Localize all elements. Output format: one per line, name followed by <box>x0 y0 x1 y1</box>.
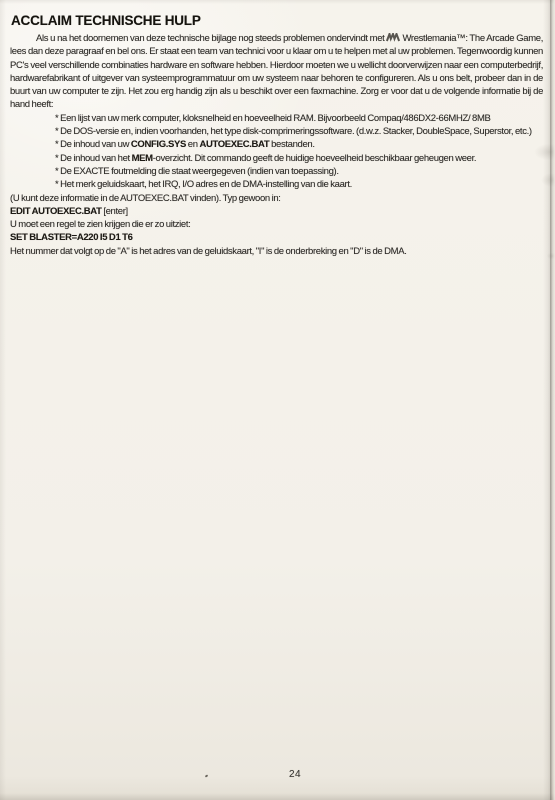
bullet-text-bold: MEM <box>132 153 153 164</box>
intro-text: Als u na het doornemen van deze technisc… <box>36 33 384 44</box>
bullet-list: * Een lijst van uw merk computer, kloksn… <box>10 112 543 192</box>
page-number: 24 <box>289 769 301 780</box>
intro-line: buurt van uw computer te zijn. Het zou e… <box>10 85 543 98</box>
bullet-text: en <box>186 139 199 150</box>
wwf-logo-icon <box>386 32 400 45</box>
bullet-item: * Het merk geluidskaart, het IRQ, I/O ad… <box>55 178 543 191</box>
command-text: EDIT AUTOEXEC.BAT <box>10 206 102 217</box>
outro-line: EDIT AUTOEXEC.BAT [enter] <box>10 205 543 218</box>
body-text: Als u na het doornemen van deze technisc… <box>10 32 543 258</box>
intro-line: hardwarefabrikant of uitgever van systee… <box>10 72 543 85</box>
bullet-text-bold: CONFIG.SYS <box>131 139 186 150</box>
scan-edge-left <box>0 0 6 800</box>
bullet-text: * De inhoud van uw <box>55 139 131 150</box>
scan-edge-bottom <box>0 793 555 800</box>
bullet-text: * De DOS-versie en, indien voorhanden, h… <box>55 126 532 137</box>
bullet-text: -overzicht. Dit commando geeft de huidig… <box>153 153 476 164</box>
outro-line: (U kunt deze informatie in de AUTOEXEC.B… <box>10 192 543 205</box>
bullet-text: * De EXACTE foutmelding die staat weerge… <box>55 166 339 177</box>
page-title: ACCLAIM TECHNISCHE HULP <box>11 13 555 28</box>
bullet-item: * De EXACTE foutmelding die staat weerge… <box>55 165 543 178</box>
scan-edge-top <box>0 0 555 4</box>
outro-line: Het nummer dat volgt op de "A" is het ad… <box>10 245 543 258</box>
scan-edge-right <box>543 0 555 800</box>
intro-text: Wrestlemania™: The Arcade Game, <box>402 33 543 44</box>
bullet-item: * De DOS-versie en, indien voorhanden, h… <box>55 125 543 138</box>
outro-line: U moet een regel te zien krijgen die er … <box>10 218 543 231</box>
bullet-text-bold: AUTOEXEC.BAT <box>199 139 269 150</box>
scan-speck <box>205 774 209 777</box>
bullet-text: * Het merk geluidskaart, het IRQ, I/O ad… <box>55 179 352 190</box>
intro-line: lees dan deze paragraaf en bel ons. Er s… <box>10 45 543 58</box>
intro-line: hand heeft: <box>10 98 543 111</box>
bullet-text: * De inhoud van het <box>55 153 132 164</box>
intro-line: PC's veel verschillende combinaties hard… <box>10 59 543 72</box>
outro-text: [enter] <box>102 206 128 217</box>
bullet-item: * Een lijst van uw merk computer, kloksn… <box>55 112 543 125</box>
scan-edge-line <box>550 0 551 800</box>
bullet-item: * De inhoud van het MEM-overzicht. Dit c… <box>55 152 543 165</box>
bullet-text: * Een lijst van uw merk computer, kloksn… <box>55 113 491 124</box>
bullet-text: bestanden. <box>269 139 314 150</box>
intro-line: Als u na het doornemen van deze technisc… <box>10 32 543 45</box>
bullet-item: * De inhoud van uw CONFIG.SYS en AUTOEXE… <box>55 138 543 151</box>
outro-line-command: SET BLASTER=A220 I5 D1 T6 <box>10 231 543 244</box>
manual-page: ACCLAIM TECHNISCHE HULP Als u na het doo… <box>0 0 555 800</box>
